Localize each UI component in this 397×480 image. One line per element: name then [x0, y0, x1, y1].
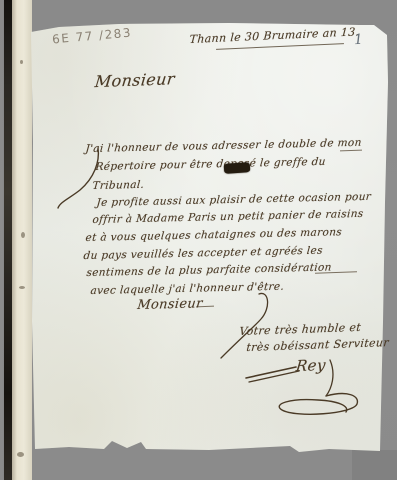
paper-speck	[19, 286, 25, 289]
stacked-pages-edge	[12, 0, 32, 480]
signature: Rey	[295, 356, 327, 375]
crossed-out-word-blot	[224, 162, 251, 174]
page-number: 1	[353, 32, 363, 49]
scanned-letter-page: 6E 77 /283 Thann le 30 Brumaire an 13. 1…	[0, 0, 397, 480]
salutation: Monsieur	[94, 69, 176, 91]
page-stack-shadow	[352, 450, 397, 480]
paper-speck	[20, 60, 23, 64]
paper-speck	[17, 452, 24, 457]
letter-line: Tribunal.	[92, 179, 145, 192]
salutation-repeat: Monsieur	[137, 296, 204, 313]
paper-speck	[21, 232, 25, 238]
